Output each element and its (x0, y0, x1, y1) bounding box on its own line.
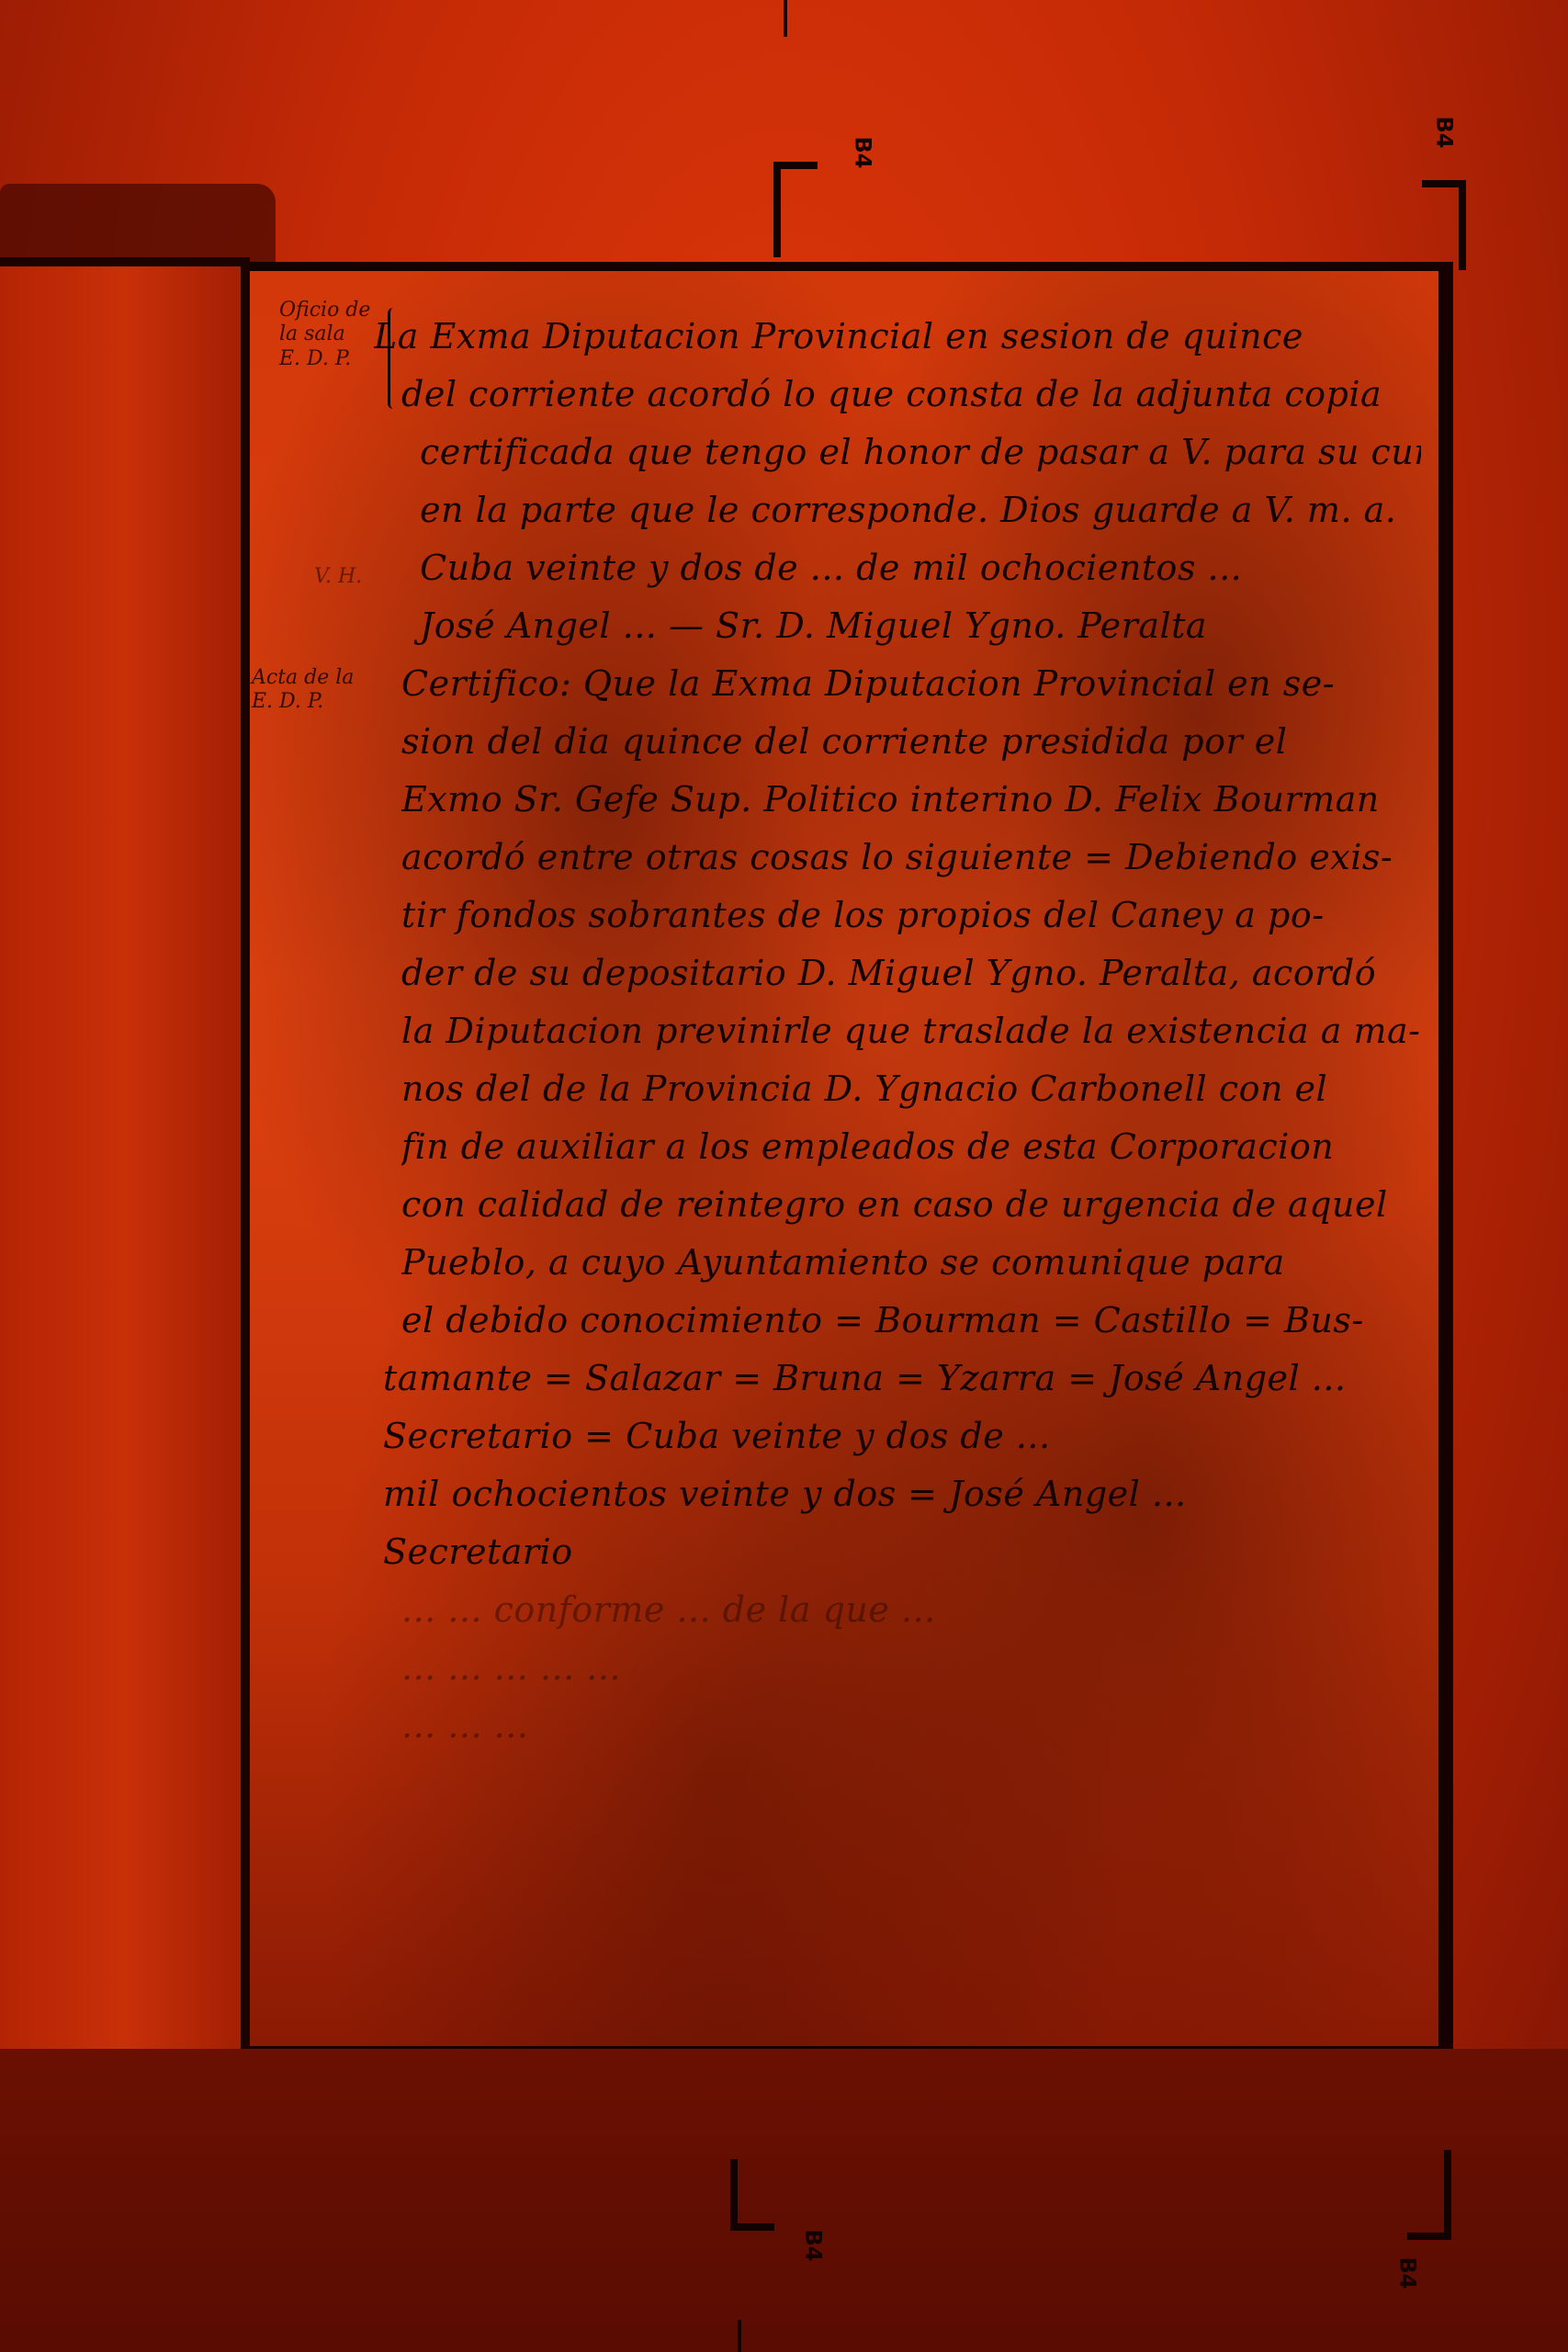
left-facing-page (0, 257, 248, 2049)
faded-line: ... ... conforme ... de la que ... (401, 1581, 1421, 1639)
manuscript-line: Secretario = Cuba veinte y dos de ... (383, 1408, 1421, 1465)
manuscript-line: tamante = Salazar = Bruna = Yzarra = Jos… (383, 1350, 1421, 1408)
manuscript-line: del corriente acordó lo que consta de la… (401, 366, 1421, 424)
manuscript-page: Oficio de la sala E. D. P. V. H. Acta de… (250, 262, 1453, 2072)
crop-label-top-left: B4 (851, 137, 876, 169)
manuscript-line: José Angel ... — Sr. D. Miguel Ygno. Per… (401, 597, 1421, 655)
crop-mark-bottom-left (730, 2159, 774, 2231)
manuscript-text: La Exma Diputacion Provincial en sesion … (401, 308, 1421, 1755)
manuscript-line: tir fondos sobrantes de los propios del … (401, 887, 1421, 944)
manuscript-line: con calidad de reintegro en caso de urge… (401, 1176, 1421, 1234)
manuscript-line: Secretario (383, 1523, 1421, 1581)
margin-note-header: Oficio de la sala E. D. P. (279, 299, 370, 371)
faded-line: ... ... ... ... ... (401, 1639, 1421, 1697)
manuscript-line: acordó entre otras cosas lo siguiente = … (401, 829, 1421, 887)
manuscript-line: der de su depositario D. Miguel Ygno. Pe… (401, 944, 1421, 1002)
manuscript-line: Pueblo, a cuyo Ayuntamiento se comunique… (401, 1234, 1421, 1292)
manuscript-line: el debido conocimiento = Bourman = Casti… (401, 1292, 1421, 1350)
crop-mark-bottom-right (1407, 2150, 1451, 2240)
manuscript-line: Cuba veinte y dos de ... de mil ochocien… (401, 539, 1421, 597)
top-center-tick (784, 0, 787, 37)
faded-line: ... ... ... (401, 1697, 1421, 1755)
manuscript-line: en la parte que le corresponde. Dios gua… (401, 481, 1421, 539)
crop-label-bottom-left: B4 (801, 2230, 827, 2262)
manuscript-line: la Diputacion previnirle que traslade la… (401, 1002, 1421, 1060)
crop-label-top-right: B4 (1432, 117, 1458, 149)
manuscript-line: certificada que tengo el honor de pasar … (401, 424, 1421, 481)
left-page-shadow (0, 184, 276, 266)
bottom-center-tick (738, 2320, 741, 2352)
margin-note-vh: V. H. (314, 565, 362, 589)
manuscript-line: nos del de la Provincia D. Ygnacio Carbo… (401, 1060, 1421, 1118)
margin-note-acta: Acta de la E. D. P. (252, 666, 354, 715)
crop-mark-top-left (773, 162, 818, 257)
crop-label-bottom-right: B4 (1395, 2257, 1421, 2290)
manuscript-line: Exmo Sr. Gefe Sup. Politico interino D. … (401, 771, 1421, 829)
manuscript-line: mil ochocientos veinte y dos = José Ange… (383, 1465, 1421, 1523)
manuscript-line: La Exma Diputacion Provincial en sesion … (374, 308, 1421, 366)
binding-fold-line (241, 257, 250, 2058)
manuscript-line: Certifico: Que la Exma Diputacion Provin… (401, 655, 1421, 713)
bottom-background (0, 2049, 1568, 2352)
manuscript-line: sion del dia quince del corriente presid… (401, 713, 1421, 771)
manuscript-line: fin de auxiliar a los empleados de esta … (401, 1118, 1421, 1176)
crop-mark-top-right (1422, 180, 1466, 270)
